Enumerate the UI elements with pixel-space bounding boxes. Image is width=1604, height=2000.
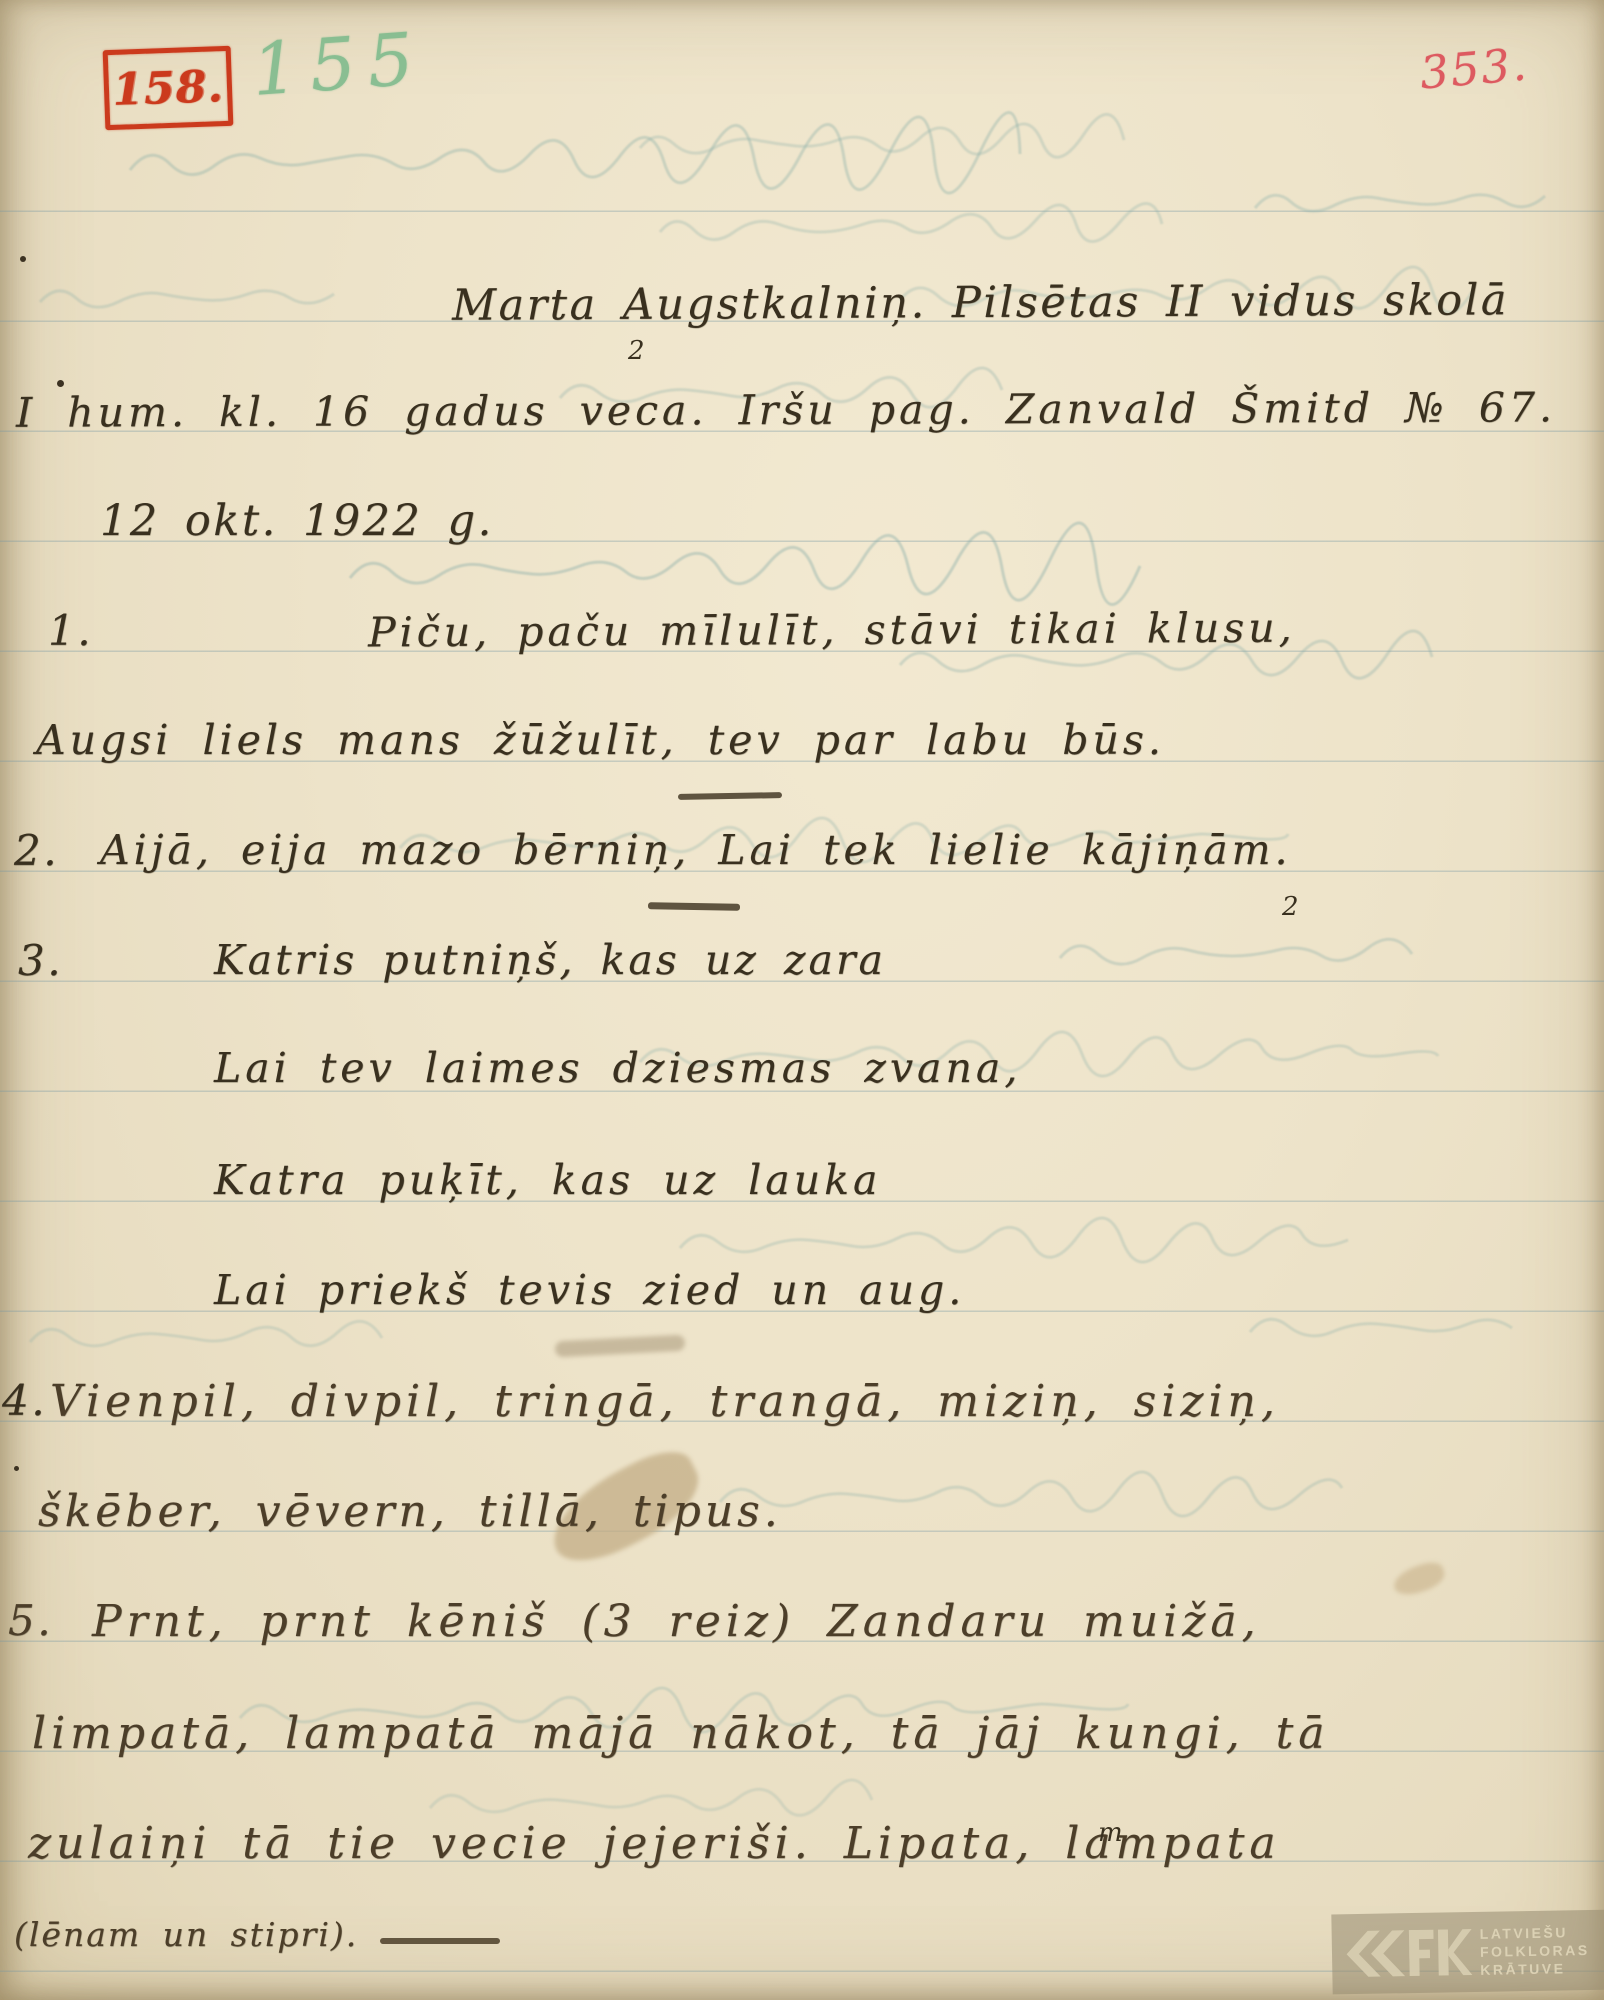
list-number-2: 2. [14, 830, 59, 872]
manuscript-line: zulaiņi tā tie vecie jejeriši. Lipata, l… [28, 1822, 1281, 1866]
manuscript-note: (lēnam un stipri). [14, 1918, 358, 1951]
manuscript-line: limpatā, lampatā mājā nākot, tā jāj kung… [32, 1712, 1330, 1756]
pencil-number: 155 [249, 16, 428, 112]
watermark-text-line: LATVIEŠU [1480, 1923, 1590, 1943]
manuscript-line: Piču, paču mīlulīt, stāvi tikai klusu, [368, 608, 1296, 654]
watermark-text-line: KRĀTUVE [1480, 1959, 1590, 1979]
manuscript-line-header: Marta Augstkalniņ. Pilsētas II vidus sko… [452, 279, 1509, 328]
list-number-1: 1. [48, 610, 93, 652]
manuscript-line: škēber, vēvern, tillā, tipus. [38, 1490, 782, 1534]
manuscript-line: Katra puķīt, kas uz lauka [214, 1160, 881, 1201]
list-number-3: 3. [18, 940, 63, 982]
ink-speck [14, 1466, 19, 1471]
ink-speck [20, 256, 26, 262]
watermark-text-line: FOLKLORAS [1480, 1941, 1590, 1961]
manuscript-line: Lai tev laimes dziesmas zvana, [214, 1048, 1021, 1089]
lfk-watermark: LATVIEŠU FOLKLORAS KRĀTUVE [1331, 1910, 1604, 1995]
archive-stamp-box: 158. [103, 46, 234, 130]
manuscript-line-date: 12 okt. 1922 g. [100, 500, 494, 543]
manuscript-line: Katris putniņš, kas uz zara [214, 940, 886, 981]
page-number: 353. [1418, 37, 1530, 99]
stamp-number: 158. [112, 61, 225, 116]
manuscript-line: Aijā, eija mazo bērniņ, Lai tek lielie k… [100, 830, 1292, 871]
ink-speck [57, 380, 64, 387]
lfk-logo-icon [1341, 1921, 1472, 1985]
manuscript-line: Lai priekš tevis zied un aug. [214, 1270, 965, 1311]
superscript-mark: m [1098, 1818, 1123, 1848]
end-dash-mark [380, 1938, 500, 1944]
manuscript-line: Prnt, prnt kēniš (3 reiz) Zandaru muižā, [92, 1600, 1261, 1644]
list-number-4: 4. [2, 1380, 47, 1422]
manuscript-line: Augsi liels mans žūžulīt, tev par labu b… [36, 720, 1165, 761]
manuscript-line-info: I hum. kl. 16 gadus veca. Iršu pag. Zanv… [16, 387, 1556, 433]
manuscript-line: Vienpil, divpil, tringā, trangā, miziņ, … [50, 1380, 1280, 1424]
subscript-mark: 2 [628, 336, 645, 366]
subscript-mark: 2 [1282, 892, 1299, 922]
manuscript-scan-page: 158. 155 353. Marta Augstkalniņ. Pilsēta… [0, 0, 1604, 2000]
list-number-5: 5. [8, 1600, 53, 1642]
